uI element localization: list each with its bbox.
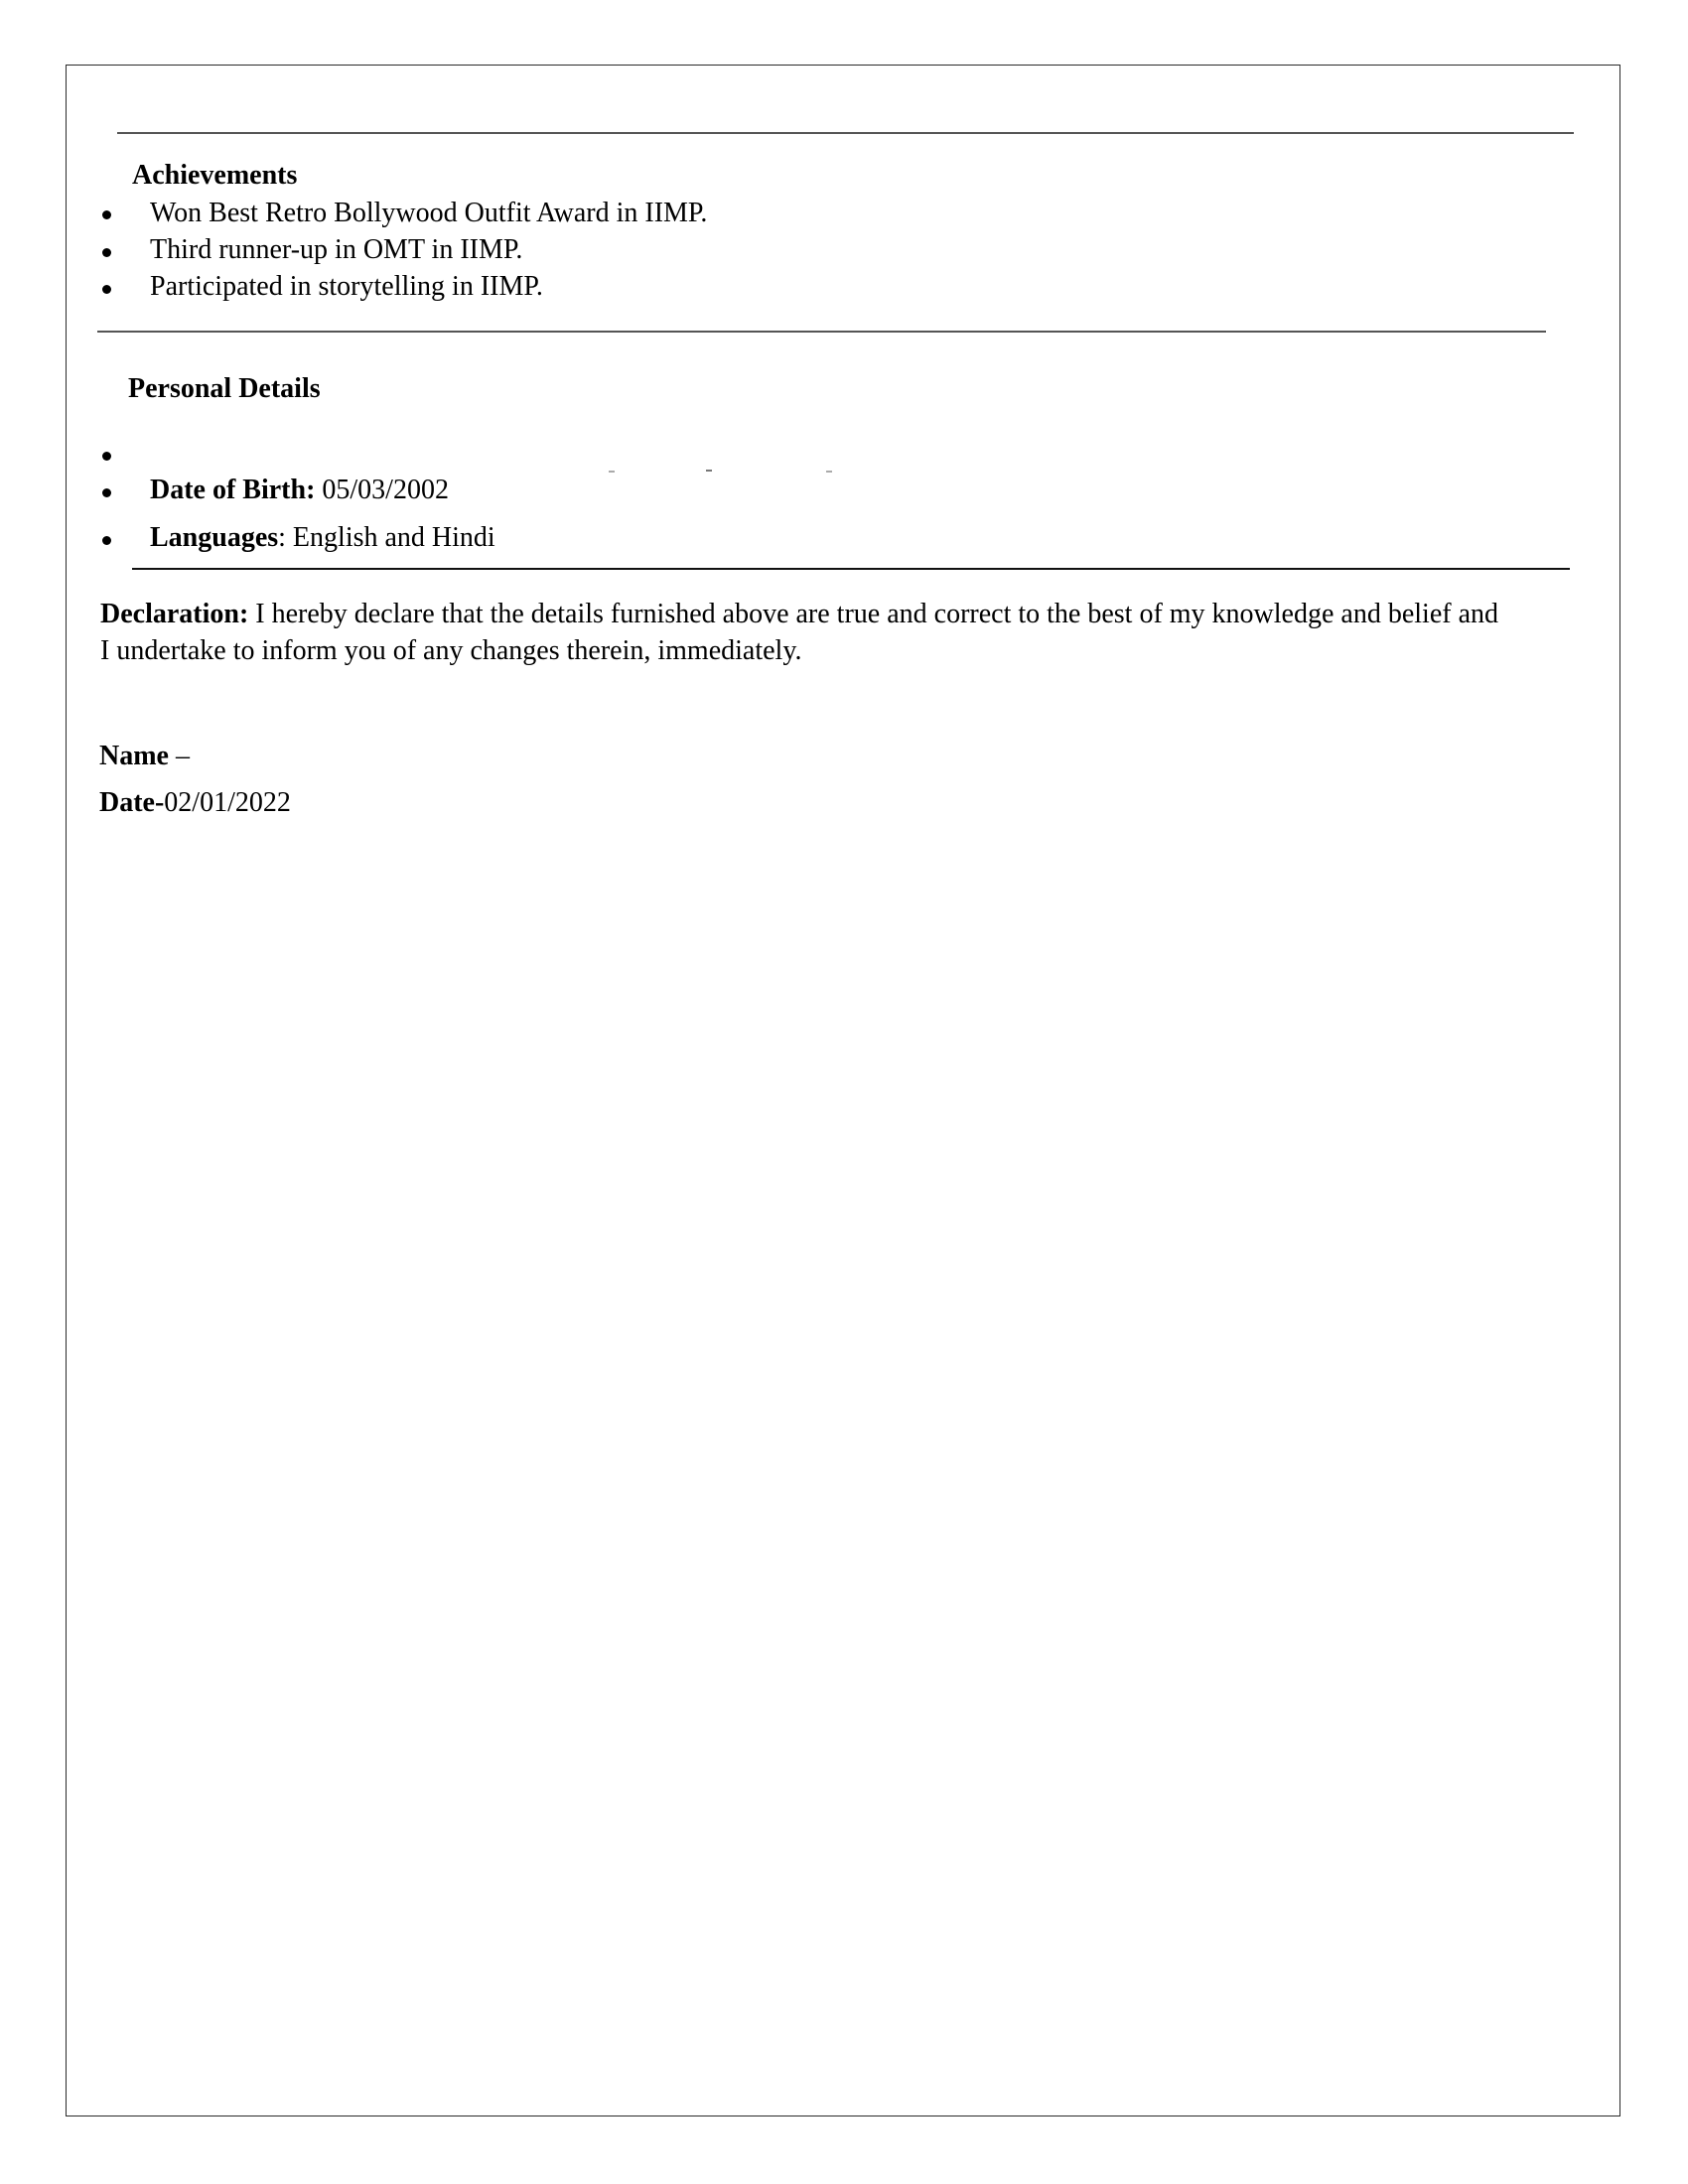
declaration: Declaration: I hereby declare that the d… [100, 596, 1510, 669]
declaration-text: I hereby declare that the details furnis… [100, 599, 1498, 666]
achievement-text: Won Best Retro Bollywood Outfit Award in… [150, 200, 707, 227]
detail-label: Languages [150, 522, 278, 553]
bullet-icon [102, 536, 111, 545]
detail-label: Date of Birth: [150, 475, 315, 505]
detail-value: : English and Hindi [278, 522, 495, 553]
achievement-text: Third runner-up in OMT in IIMP. [150, 236, 522, 264]
date-line: Date-02/01/2022 [99, 789, 291, 817]
name-line: Name – [99, 743, 190, 770]
section-divider [117, 132, 1574, 134]
name-label: Name [99, 741, 169, 771]
detail-value: 05/03/2002 [315, 475, 449, 505]
bullet-icon [102, 285, 111, 294]
achievements-heading: Achievements [132, 162, 297, 190]
bullet-icon [102, 488, 111, 497]
achievement-text: Participated in storytelling in IIMP. [150, 273, 543, 301]
personal-details-heading: Personal Details [128, 375, 321, 403]
detail-item: Languages: English and Hindi [150, 524, 495, 552]
bullet-icon [102, 210, 111, 219]
redaction-mark [609, 471, 615, 473]
date-label: Date- [99, 787, 164, 818]
redaction-mark [706, 470, 712, 472]
date-value: 02/01/2022 [164, 787, 291, 818]
redaction-mark [826, 471, 832, 473]
detail-item: Date of Birth: 05/03/2002 [150, 477, 449, 504]
section-divider [97, 331, 1546, 333]
section-divider [132, 568, 1570, 570]
name-value: – [169, 741, 190, 771]
declaration-label: Declaration: [100, 599, 248, 629]
bullet-icon [102, 452, 111, 461]
bullet-icon [102, 248, 111, 257]
